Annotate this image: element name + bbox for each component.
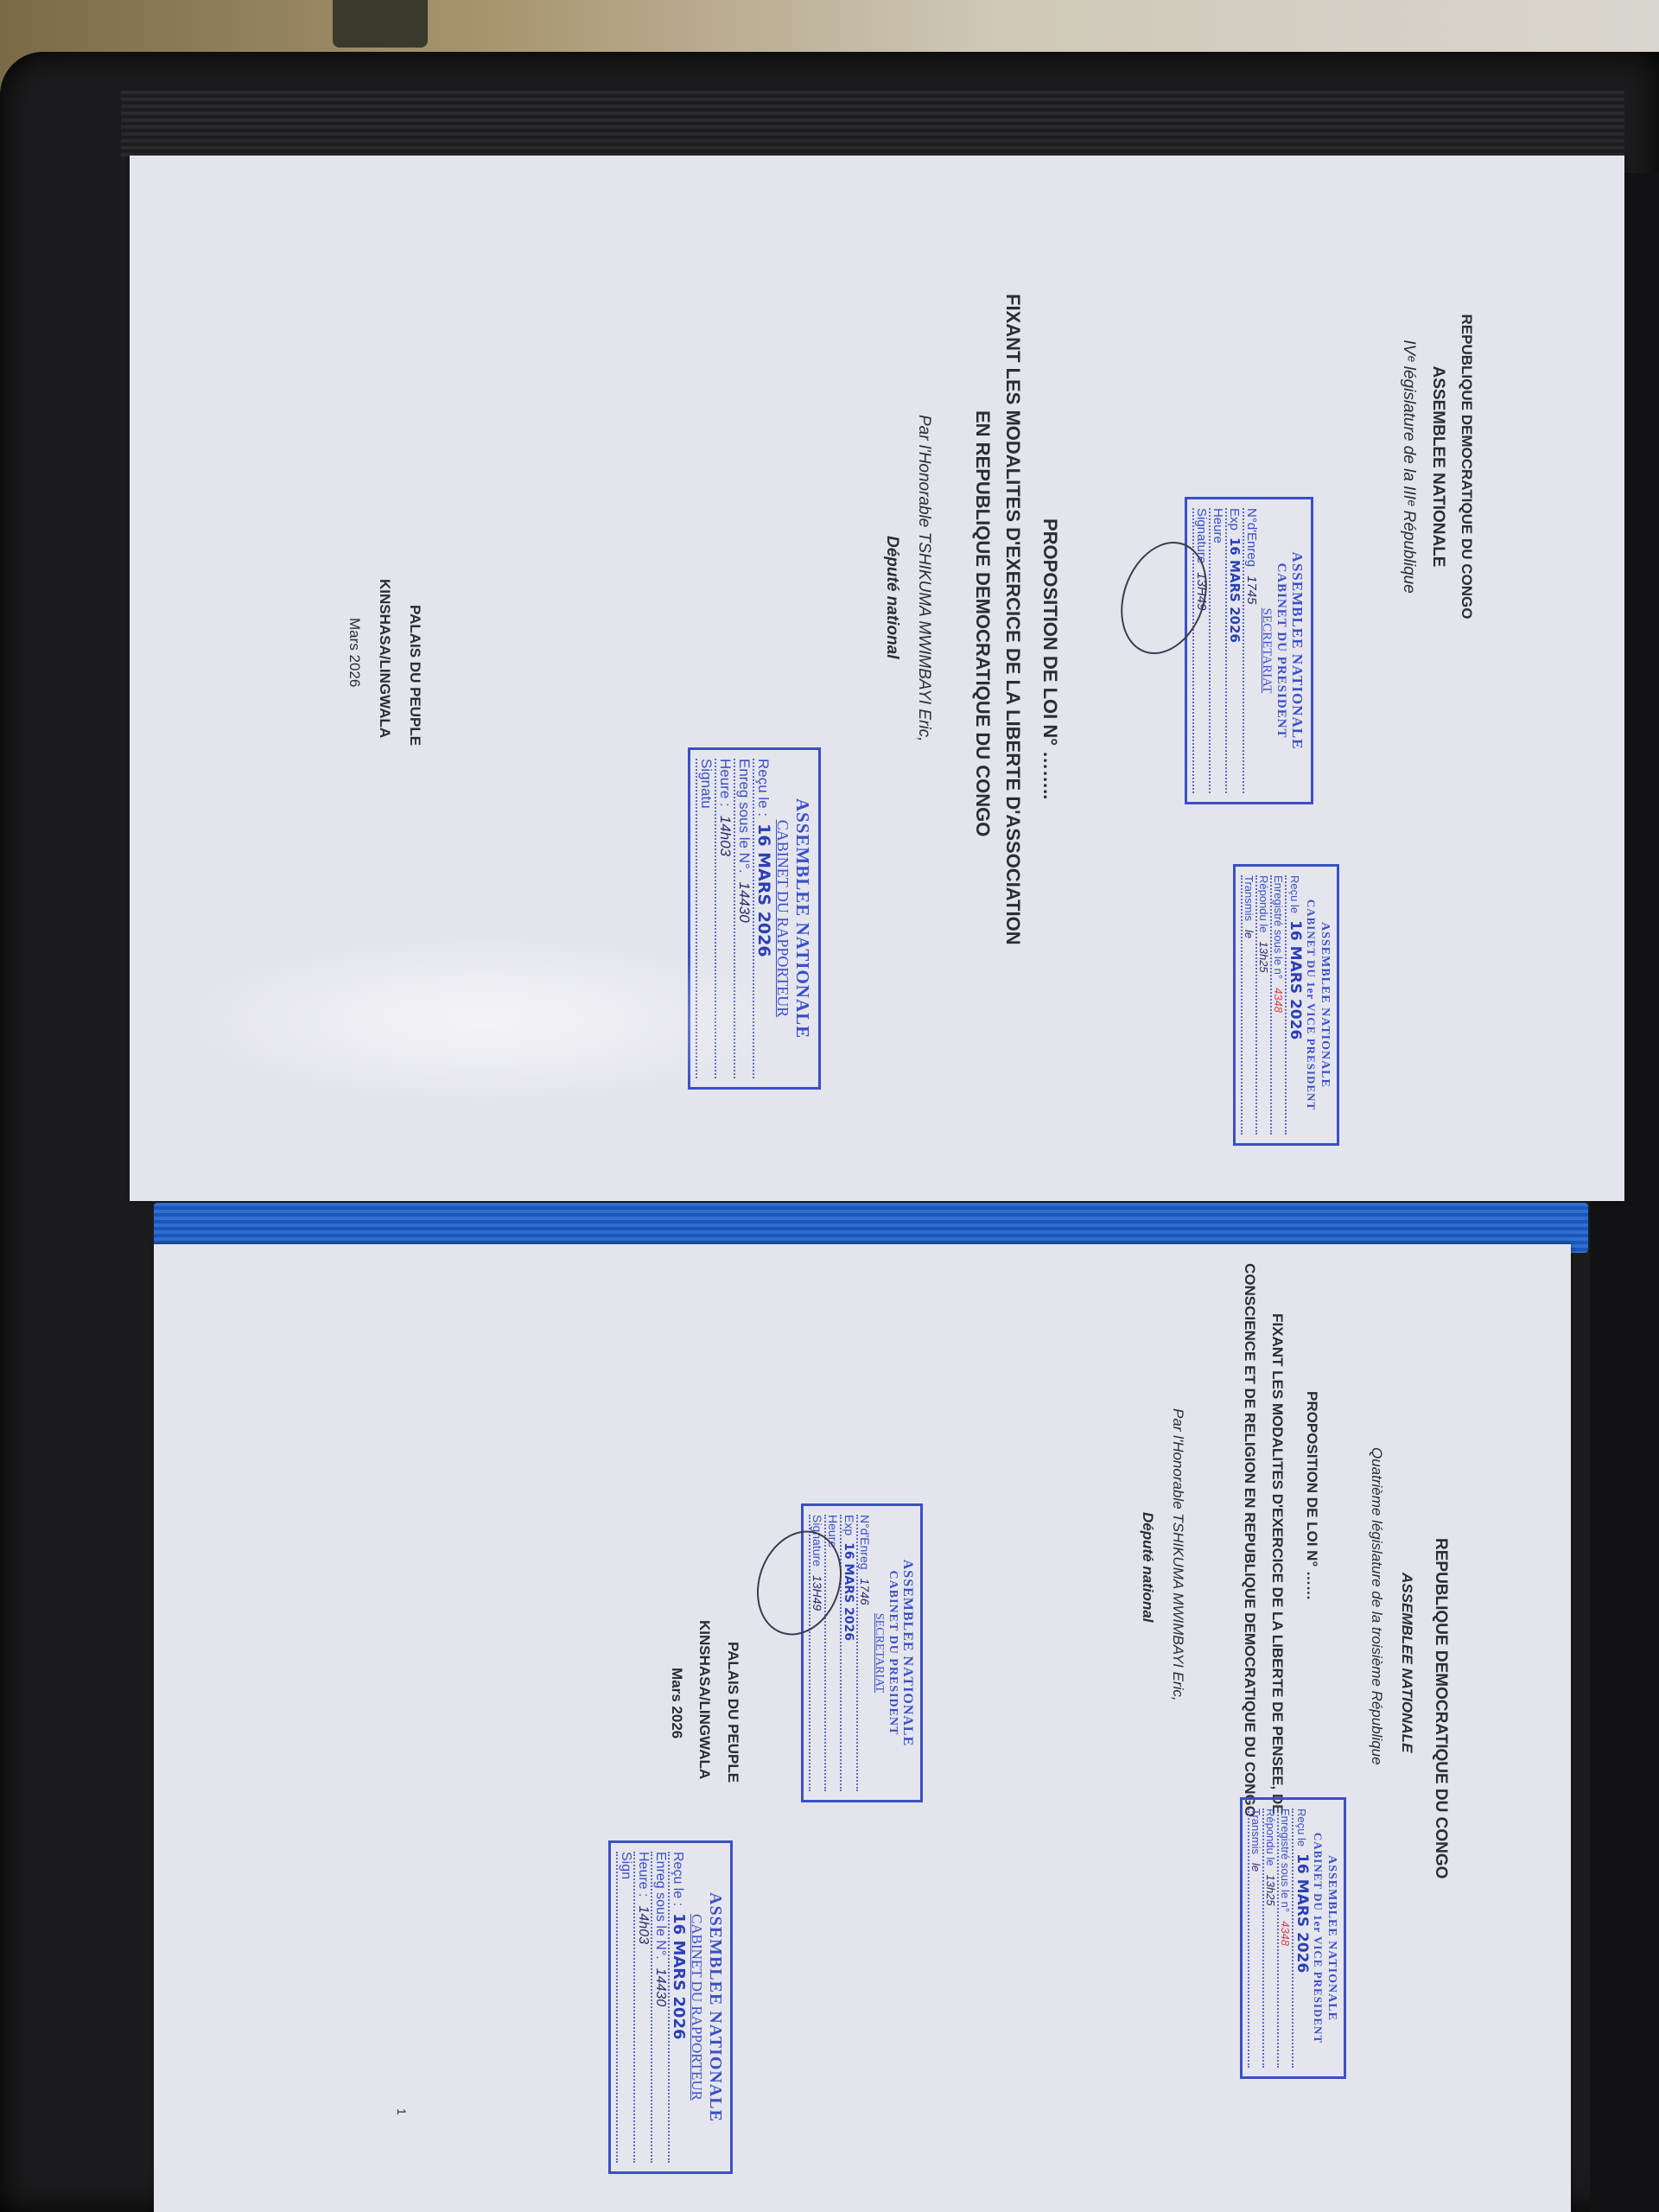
bill-title: PROPOSITION DE LOI N° …….. bbox=[1037, 518, 1063, 799]
document-page-association: REPUBLIQUE DEMOCRATIQUE DU CONGO ASSEMBL… bbox=[130, 156, 1624, 1201]
page-number: 1 bbox=[395, 2108, 409, 2115]
table-leg bbox=[333, 0, 428, 48]
header-institution: ASSEMBLEE NATIONALE bbox=[1398, 1573, 1415, 1752]
footer-city: KINSHASA/LINGWALA bbox=[696, 1620, 713, 1779]
stamp-vice-president: ASSEMBLEE NATIONALE CABINET DU 1er VICE … bbox=[1240, 1797, 1346, 2079]
document-header: REPUBLIQUE DEMOCRATIQUE DU CONGO ASSEMBL… bbox=[1396, 242, 1478, 691]
header-legislature: IVᵉ législature de la IIIᵉ République bbox=[1396, 242, 1421, 691]
bill-author-role: Député national bbox=[882, 536, 901, 659]
footer-city: KINSHASA/LINGWALA bbox=[376, 579, 393, 738]
stamp-president-secretariat: ASSEMBLEE NATIONALE CABINET DU PRESIDENT… bbox=[1185, 497, 1313, 804]
bill-author: Par l'Honorable TSHIKUMA MWIMBAYI Eric, bbox=[1169, 1408, 1186, 1701]
stamp-vice-president: ASSEMBLEE NATIONALE CABINET DU 1er VICE … bbox=[1233, 864, 1339, 1146]
header-legislature: Quatrième législature de la troisième Ré… bbox=[1368, 1447, 1385, 1765]
bill-author: Par l'Honorable TSHIKUMA MWIMBAYI Eric, bbox=[914, 415, 933, 741]
stamp-rapporteur: ASSEMBLEE NATIONALE CABINET DU RAPPORTEU… bbox=[688, 747, 821, 1090]
bill-subject-line-1: FIXANT LES MODALITES D'EXERCICE DE LA LI… bbox=[1268, 1313, 1286, 1815]
footer-place: PALAIS DU PEUPLE bbox=[724, 1642, 741, 1783]
footer-date: Mars 2026 bbox=[346, 618, 363, 687]
header-country: REPUBLIQUE DEMOCRATIQUE DU CONGO bbox=[1455, 242, 1478, 691]
bill-subject-line-2: CONSCIENCE ET DE RELIGION EN REPUBLIQUE … bbox=[1241, 1263, 1258, 1817]
bill-author-role: Député national bbox=[1139, 1512, 1156, 1623]
footer-place: PALAIS DU PEUPLE bbox=[406, 605, 423, 746]
binder-bar-black bbox=[121, 91, 1624, 160]
document-page-religion: REPUBLIQUE DEMOCRATIQUE DU CONGO ASSEMBL… bbox=[154, 1244, 1571, 2212]
header-country: REPUBLIQUE DEMOCRATIQUE DU CONGO bbox=[1431, 1538, 1450, 1878]
document-title-block: PROPOSITION DE LOI N° …….. bbox=[1037, 518, 1063, 799]
footer-date: Mars 2026 bbox=[668, 1668, 685, 1738]
bill-subject-line-2: EN REPUBLIQUE DEMOCRATIQUE DU CONGO bbox=[971, 410, 994, 836]
header-institution: ASSEMBLEE NATIONALE bbox=[1421, 242, 1455, 691]
bill-title: PROPOSITION DE LOI N° …… bbox=[1303, 1391, 1320, 1600]
stamp-rapporteur: ASSEMBLEE NATIONALE CABINET DU RAPPORTEU… bbox=[608, 1840, 733, 2174]
bill-subject-line-1: FIXANT LES MODALITES D'EXERCICE DE LA LI… bbox=[1001, 294, 1024, 945]
